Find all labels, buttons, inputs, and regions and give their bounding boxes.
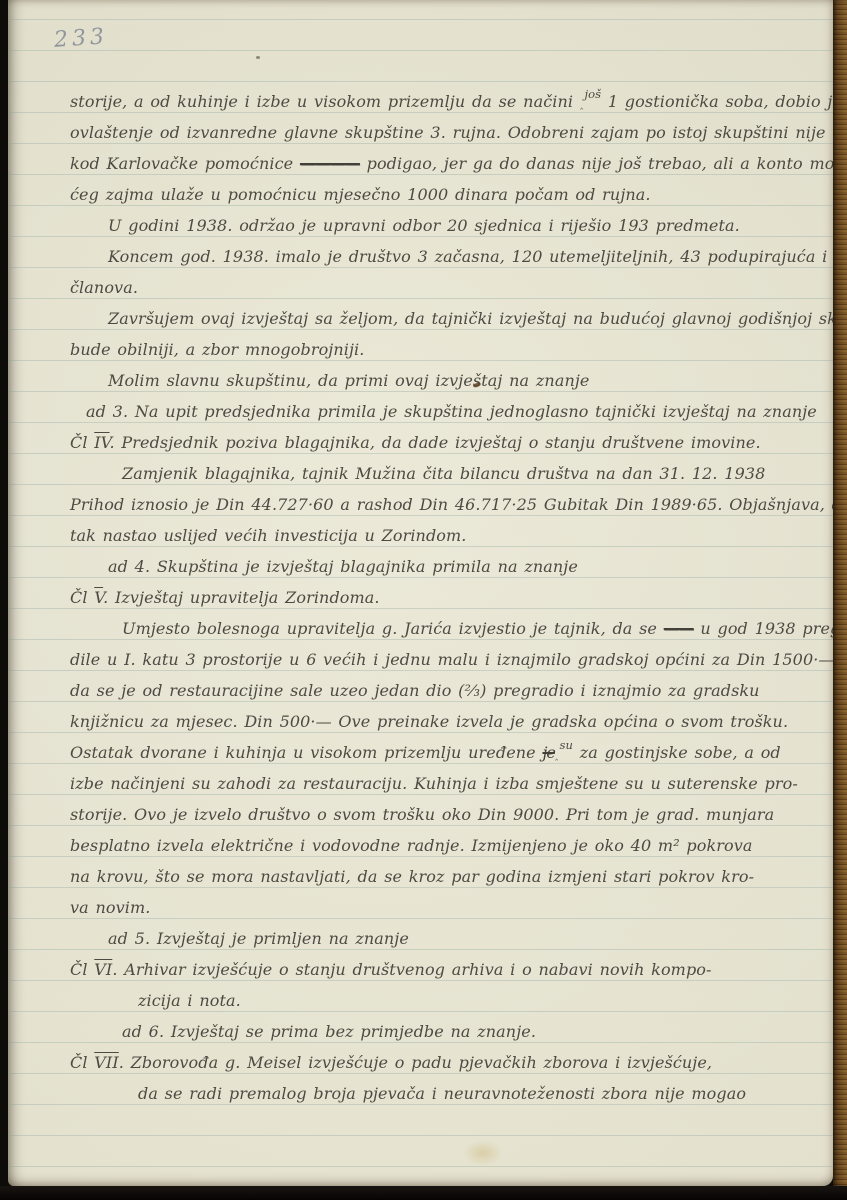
crossed-out-text: ————	[300, 154, 360, 173]
manuscript-line: da se je od restauracijine sale uzeo jed…	[70, 675, 842, 706]
manuscript-line: Čl VI. Arhivar izvješćuje o stanju društ…	[70, 954, 842, 985]
roman-numeral: VII	[94, 1053, 119, 1072]
handwritten-text: Čl	[70, 1053, 94, 1072]
manuscript-line: knjižnicu za mjesec. Din 500·— Ove prein…	[70, 706, 842, 737]
manuscript-line: ovlaštenje od izvanredne glavne skupštin…	[70, 117, 842, 148]
handwritten-text: tak nastao uslijed većih investicija u Z…	[70, 526, 466, 545]
crossed-out-text: je	[542, 743, 554, 762]
handwritten-text: ćeg zajma ulaže u pomoćnicu mjesečno 100…	[70, 185, 651, 204]
manuscript-line: Umjesto bolesnoga upravitelja g. Jarića …	[70, 613, 842, 644]
handwritten-text: ad 4. Skupština je izvještaj blagajnika …	[108, 557, 578, 576]
manuscript-line: Čl VII. Zborovođa g. Meisel izvješćuje o…	[70, 1047, 842, 1078]
handwritten-text: ad 3. Na upit predsjednika primila je sk…	[86, 402, 817, 421]
manuscript-line: bude obilniji, a zbor mnogobrojniji.	[70, 334, 842, 365]
crossed-out-text: ——	[664, 619, 694, 638]
handwritten-text: Čl	[70, 960, 94, 979]
manuscript-line: Prihod iznosio je Din 44.727·60 a rashod…	[70, 489, 842, 520]
table-background	[0, 1186, 847, 1200]
handwritten-text: Umjesto bolesnoga upravitelja g. Jarića …	[122, 619, 664, 638]
handwritten-text: na krovu, što se mora nastavljati, da se…	[70, 867, 754, 886]
roman-numeral: VI	[94, 960, 112, 979]
manuscript-page: 233 storije, a od kuhinje i izbe u visok…	[8, 0, 833, 1186]
manuscript-line: storije, a od kuhinje i izbe u visokom p…	[70, 86, 842, 117]
handwritten-text: Završujem ovaj izvještaj sa željom, da t…	[108, 309, 847, 328]
manuscript-line: storije. Ovo je izvelo društvo o svom tr…	[70, 799, 842, 830]
handwritten-text: Ostatak dvorane i kuhinja u visokom priz…	[70, 743, 542, 762]
handwritten-text: bude obilniji, a zbor mnogobrojniji.	[70, 340, 364, 359]
manuscript-line: ad 4. Skupština je izvještaj blagajnika …	[70, 551, 842, 582]
handwritten-text: Zamjenik blagajnika, tajnik Mužina čita …	[122, 464, 765, 483]
handwritten-text: za gostinjske sobe, a od	[573, 743, 781, 762]
handwritten-text: kod Karlovačke pomoćnice	[70, 154, 300, 173]
manuscript-line: ad 5. Izvještaj je primljen na znanje	[70, 923, 842, 954]
manuscript-line: Čl IV. Predsjednik poziva blagajnika, da…	[70, 427, 842, 458]
handwritten-text: da se je od restauracijine sale uzeo jed…	[70, 681, 760, 700]
handwritten-text: U godini 1938. održao je upravni odbor 2…	[108, 216, 740, 235]
book-page-edges	[833, 0, 847, 1186]
handwritten-text: Čl	[70, 588, 94, 607]
manuscript-line: izbe načinjeni su zahodi za restauraciju…	[70, 768, 842, 799]
handwritten-text: da se radi premalog broja pjevača i neur…	[138, 1084, 746, 1103]
notebook-photo: 233 storije, a od kuhinje i izbe u visok…	[0, 0, 847, 1200]
page-number: 233	[53, 24, 109, 53]
handwritten-text: knjižnicu za mjesec. Din 500·— Ove prein…	[70, 712, 788, 731]
handwritten-text: 1 gostionička soba, dobio je upravni odb…	[601, 92, 847, 111]
manuscript-line: Čl V. Izvještaj upravitelja Zorindoma.	[70, 582, 842, 613]
handwritten-text: izbe načinjeni su zahodi za restauraciju…	[70, 774, 798, 793]
manuscript-line: Ostatak dvorane i kuhinja u visokom priz…	[70, 737, 842, 768]
manuscript-line: besplatno izvela električne i vodovodne …	[70, 830, 842, 861]
handwritten-text: Čl	[70, 433, 94, 452]
handwritten-text: ad 6. Izvještaj se prima bez primjedbe n…	[122, 1022, 536, 1041]
handwritten-text: članova.	[70, 278, 138, 297]
manuscript-line: Završujem ovaj izvještaj sa željom, da t…	[70, 303, 842, 334]
handwritten-text: . Arhivar izvješćuje o stanju društvenog…	[112, 960, 711, 979]
manuscript-line: da se radi premalog broja pjevača i neur…	[70, 1078, 842, 1109]
manuscript-line: U godini 1938. održao je upravni odbor 2…	[70, 210, 842, 241]
handwritten-text: Molim slavnu skupštinu, da primi ovaj iz…	[108, 371, 590, 390]
roman-numeral: IV	[94, 433, 109, 452]
manuscript-line: va novim.	[70, 892, 842, 923]
manuscript-line: zicija i nota.	[70, 985, 842, 1016]
handwritten-text: podigao, jer ga do danas nije još trebao…	[360, 154, 847, 173]
manuscript-line: tak nastao uslijed većih investicija u Z…	[70, 520, 842, 551]
manuscript-line: kod Karlovačke pomoćnice ———— podigao, j…	[70, 148, 842, 179]
manuscript-body: storije, a od kuhinje i izbe u visokom p…	[70, 86, 842, 1109]
handwritten-text: . Zborovođa g. Meisel izvješćuje o padu …	[119, 1053, 712, 1072]
manuscript-line: Koncem god. 1938. imalo je društvo 3 zač…	[70, 241, 842, 272]
handwritten-text: ad 5. Izvještaj je primljen na znanje	[108, 929, 409, 948]
paper-speck	[256, 56, 260, 59]
handwritten-text: . Predsjednik poziva blagajnika, da dade…	[110, 433, 761, 452]
manuscript-line: Molim slavnu skupštinu, da primi ovaj iz…	[70, 365, 842, 396]
manuscript-line: ćeg zajma ulaže u pomoćnicu mjesečno 100…	[70, 179, 842, 210]
handwritten-text: va novim.	[70, 898, 150, 917]
manuscript-line: ad 3. Na upit predsjednika primila je sk…	[70, 396, 842, 427]
manuscript-line: na krovu, što se mora nastavljati, da se…	[70, 861, 842, 892]
handwritten-text: dile u I. katu 3 prostorije u 6 većih i …	[70, 650, 835, 669]
handwritten-text: storije. Ovo je izvelo društvo o svom tr…	[70, 805, 774, 824]
handwritten-text: zicija i nota.	[138, 991, 241, 1010]
manuscript-line: Zamjenik blagajnika, tajnik Mužina čita …	[70, 458, 842, 489]
handwritten-text: . Izvještaj upravitelja Zorindoma.	[103, 588, 380, 607]
paper-stain	[463, 1140, 503, 1166]
handwritten-text: ovlaštenje od izvanredne glavne skupštin…	[70, 123, 847, 142]
handwritten-text: u god 1938 pregra-	[694, 619, 847, 638]
handwritten-text: Prihod iznosio je Din 44.727·60 a rashod…	[70, 495, 847, 514]
handwritten-text: besplatno izvela električne i vodovodne …	[70, 836, 753, 855]
manuscript-line: dile u I. katu 3 prostorije u 6 većih i …	[70, 644, 842, 675]
roman-numeral: V	[94, 588, 103, 607]
handwritten-text: storije, a od kuhinje i izbe u visokom p…	[70, 92, 580, 111]
inserted-above-text: još	[580, 94, 601, 95]
handwritten-text: Koncem god. 1938. imalo je društvo 3 zač…	[108, 247, 847, 266]
manuscript-line: ad 6. Izvještaj se prima bez primjedbe n…	[70, 1016, 842, 1047]
manuscript-line: članova.	[70, 272, 842, 303]
inserted-above-text: su	[555, 745, 573, 746]
